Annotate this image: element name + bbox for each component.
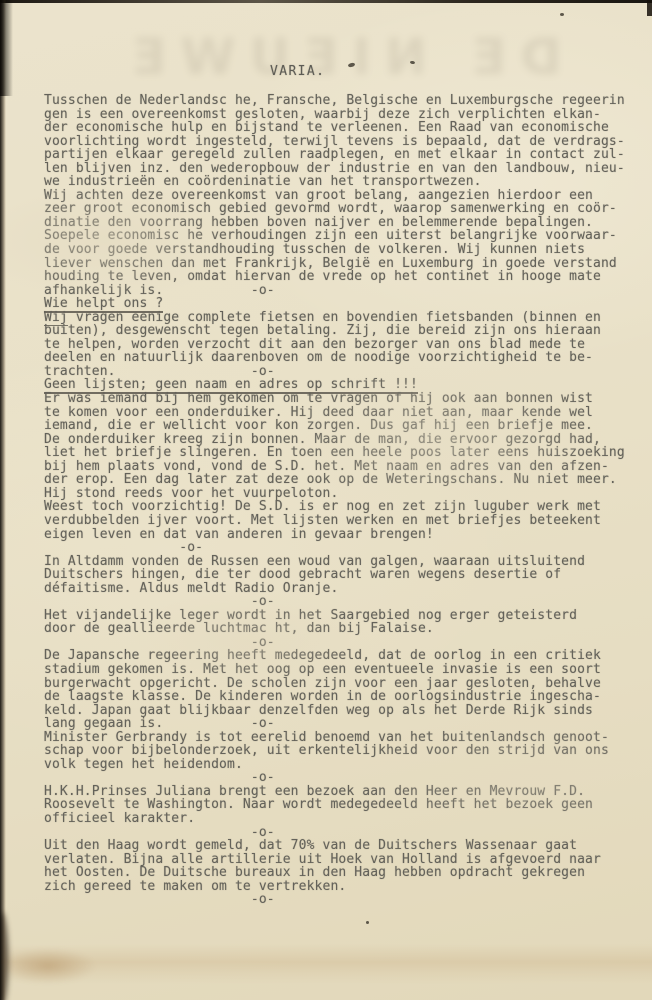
text-line: schap voor bijbelonderzoek, uit erkentel…	[44, 744, 648, 758]
text-line: Weest toch voorzichtig! De S.D. is er no…	[44, 500, 648, 514]
text-line: Duitschers hingen, die ter dood gebracht…	[44, 568, 648, 582]
ink-speck	[366, 921, 369, 924]
text-line: volk tegen het heidendom.	[44, 758, 648, 772]
text-line: we industrieën en coördeninatie van het …	[44, 175, 648, 189]
text-line: het Oosten. De Duitsche bureaux in den H…	[44, 866, 648, 880]
ink-speck	[410, 61, 415, 65]
text-line: houding te leven, omdat hiervan de vrede…	[44, 270, 648, 284]
section-separator: -o-	[44, 771, 648, 785]
text-line: verdubbelden ijver voort. Met lijsten we…	[44, 514, 648, 528]
text-line: door de geallieerde luchtmac ht, dan bij…	[44, 622, 648, 636]
text-line: liet het briefje slingeren. En toen een …	[44, 446, 648, 460]
text-line: Roosevelt te Washington. Naar wordt mede…	[44, 798, 648, 812]
text-line: de laagste klasse. De kinderen worden in…	[44, 690, 648, 704]
text-line: Uit den Haag wordt gemeld, dat 70% van d…	[44, 839, 648, 853]
bottom-left-stain	[0, 948, 96, 984]
text-line: officieel karakter.	[44, 812, 648, 826]
text-line: iemand, die er wellicht voor kon zorgen.…	[44, 419, 648, 433]
text-line: der economische hulp en bijstand te verl…	[44, 121, 648, 135]
page-title: VARIA.	[270, 64, 325, 79]
ink-speck	[560, 13, 564, 16]
text-line: De Japansche regeering heeft medegedeeld…	[44, 649, 648, 663]
page-corner-top-right	[647, 0, 652, 16]
text-line: Er was iemand bij hem gekomen om te vrag…	[44, 392, 648, 406]
text-line: de voor goede verstandhouding tusschen d…	[44, 243, 648, 257]
document-text: Tusschen de Nederlandsc he, Fransche, Be…	[44, 94, 648, 907]
text-line: zeer groot economisch gebied gevormd wor…	[44, 202, 648, 216]
page-corner-top-left	[0, 0, 13, 96]
text-line: zich gereed te maken om te vertrekken.	[44, 880, 648, 894]
text-line: der erop. Een dag later zat deze ook op …	[44, 473, 648, 487]
section-separator: -o-	[44, 595, 648, 609]
newspaper-page: DE NIEUWE VARIA. Tusschen de Nederlandsc…	[0, 0, 652, 1000]
text-line: défaitisme. Aldus meldt Radio Oranje.	[44, 582, 648, 596]
section-separator: -o-	[44, 893, 648, 907]
text-line: Tusschen de Nederlandsc he, Fransche, Be…	[44, 94, 648, 108]
bottom-stain	[0, 944, 652, 984]
section-separator: -o-	[44, 541, 648, 555]
text-line: buiten), desgewenscht tegen betaling. Zi…	[44, 324, 648, 338]
page-edge-left	[0, 0, 6, 1000]
section-heading: Geen lijsten; geen naam en adres op schr…	[44, 378, 648, 392]
text-line: deelen en natuurlijk daarenboven om de n…	[44, 351, 648, 365]
text-line: partijen elkaar geregeld zullen raadpleg…	[44, 148, 648, 162]
text-line: eigen leven en dat van anderen in gevaar…	[44, 528, 648, 542]
text-line: lang gegaan is. -o-	[44, 717, 648, 731]
bleed-through-ghost-text: DE NIEUWE	[50, 28, 630, 90]
text-line: Soepele economisc he verhoudingen zijn e…	[44, 229, 648, 243]
section-heading: Wie helpt ons ?	[44, 297, 648, 311]
text-line: stadium gekomen is. Met het oog op een e…	[44, 663, 648, 677]
page-edge-top	[0, 0, 652, 3]
